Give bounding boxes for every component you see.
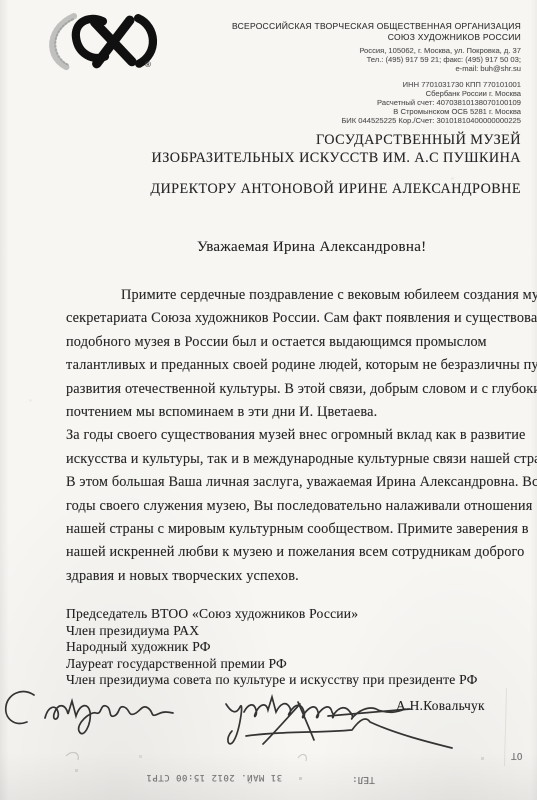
org-bank-name: Сбербанк России г. Москва [232, 89, 521, 98]
scanned-letter-page: ® ВСЕРОССИЙСКАЯ ТВОРЧЕСКАЯ ОБЩЕСТВЕННАЯ … [0, 0, 537, 800]
signatory-title: Народный художник РФ [66, 639, 478, 656]
org-address: Россия, 105062, г. Москва, ул. Покровка,… [232, 46, 521, 55]
handwritten-closing-and-signature [0, 682, 470, 762]
recipient-line3: ДИРЕКТОРУ АНТОНОВОЙ ИРИНЕ АЛЕКСАНДРОВНЕ [150, 181, 521, 199]
body-line: подобного музея в России был и остается … [66, 331, 528, 354]
body-line: развития отечественной культуры. В этой … [66, 378, 528, 401]
body-line: В этом большая Ваша личная заслуга, уваж… [66, 471, 528, 494]
handwriting-icon [0, 682, 470, 762]
signatory-titles: Председатель ВТОО «Союз художников Росси… [66, 606, 478, 689]
body-line: Примите сердечные поздравление с вековым… [66, 284, 528, 307]
fax-tel-label: ТЕЛ: [352, 774, 375, 785]
fax-date-stamp: 31 МАЙ. 2012 15:00 СТР1 [146, 772, 282, 782]
org-name: ВСЕРОССИЙСКАЯ ТВОРЧЕСКАЯ ОБЩЕСТВЕННАЯ ОР… [232, 21, 521, 42]
org-bik-corr: БИК 044525225 Кор./Счет: 301018104000000… [232, 116, 521, 125]
body-line: нашей искренней любви к музею и пожелани… [66, 541, 528, 564]
org-phone-fax: Тел.: (495) 917 59 21; факс: (495) 917 5… [232, 55, 521, 64]
fax-from-label: ОТ [511, 750, 522, 761]
org-account: Расчетный счет: 40703810138070100109 [232, 98, 521, 107]
org-bank-details: ИНН 7701031730 КПП 770101001 Сбербанк Ро… [232, 80, 521, 126]
org-name-line2: СОЮЗ ХУДОЖНИКОВ РОССИИ [232, 32, 521, 43]
body-line: талантливых и преданных своей родине люд… [66, 354, 528, 377]
paper-crease [504, 688, 507, 766]
signatory-title: Лауреат государственной премии РФ [66, 656, 478, 673]
org-email: e-mail: buh@shr.su [232, 64, 521, 73]
letter-body: Примите сердечные поздравление с вековым… [66, 284, 528, 588]
body-line: нашей страны с мировым культурным сообще… [66, 518, 528, 541]
org-name-line1: ВСЕРОССИЙСКАЯ ТВОРЧЕСКАЯ ОБЩЕСТВЕННАЯ ОР… [232, 21, 521, 32]
body-line: искусства и культуры, так и в международ… [66, 448, 528, 471]
salutation: Уважаемая Ирина Александровна! [197, 239, 426, 256]
body-line: годы своего служения музею, Вы последова… [66, 495, 528, 518]
body-line: здравия и новых творческих успехов. [66, 565, 528, 588]
org-inn-kpp: ИНН 7701031730 КПП 770101001 [232, 80, 521, 89]
recipient-line2: ИЗОБРАЗИТЕЛЬНЫХ ИСКУССТВ ИМ. А.С ПУШКИНА [150, 150, 521, 168]
org-contacts: Россия, 105062, г. Москва, ул. Покровка,… [232, 46, 521, 74]
registered-trademark-icon: ® [145, 60, 151, 69]
scan-noise [0, 0, 1, 1]
letterhead: ВСЕРОССИЙСКАЯ ТВОРЧЕСКАЯ ОБЩЕСТВЕННАЯ ОР… [232, 21, 521, 126]
body-line: За годы своего существования музей внес … [66, 424, 528, 447]
recipient-block: ГОСУДАРСТВЕННЫЙ МУЗЕЙ ИЗОБРАЗИТЕЛЬНЫХ ИС… [150, 132, 521, 199]
body-line: секретариата Союза художников России. Са… [66, 307, 528, 330]
signer-name: А.Н.Ковальчук [396, 698, 485, 714]
recipient-line1: ГОСУДАРСТВЕННЫЙ МУЗЕЙ [150, 132, 521, 150]
union-of-artists-logo-icon: ® [42, 12, 168, 74]
signatory-title: Председатель ВТОО «Союз художников Росси… [66, 606, 478, 623]
body-line: почтением мы вспоминаем в эти дни И. Цве… [66, 401, 528, 424]
signatory-title: Член президиума РАХ [66, 623, 478, 640]
org-bank-branch: В Стромынском ОСБ 5281 г. Москва [232, 107, 521, 116]
